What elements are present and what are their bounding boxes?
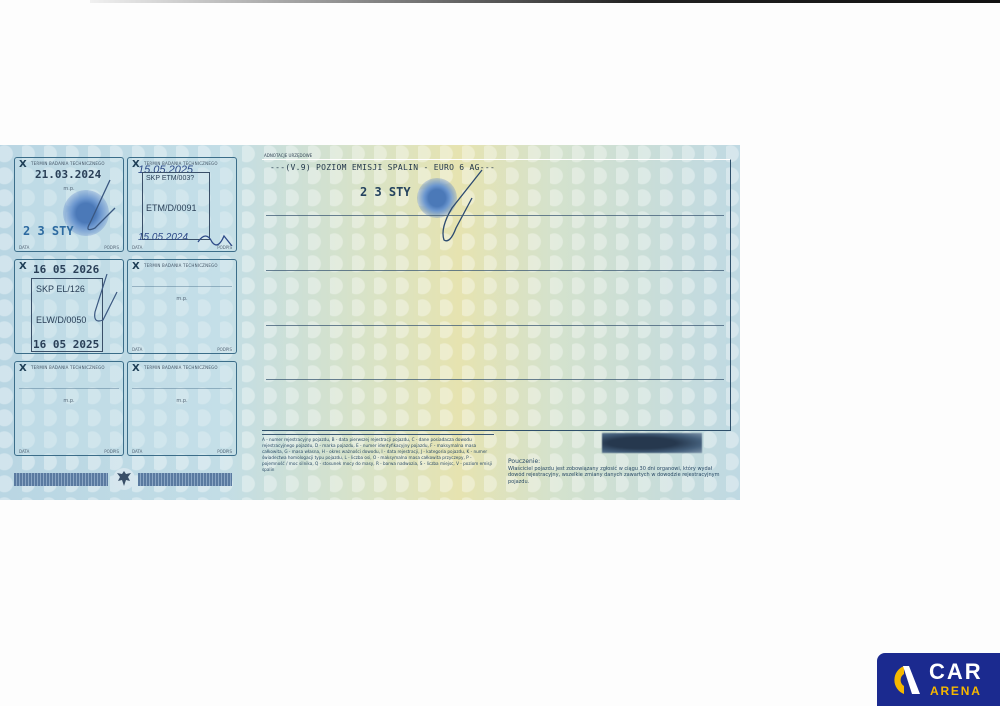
brand-name-line2: ARENA (930, 684, 982, 698)
inspection-box-5: X TERMIN BADANIA TECHNICZNEGO m.p. DATA … (14, 361, 124, 456)
date-label: DATA (132, 245, 142, 250)
box-header: TERMIN BADANIA TECHNICZNEGO (144, 365, 218, 370)
annotation-line (266, 379, 724, 380)
annotation-line (266, 270, 724, 271)
inspection-box-6: X TERMIN BADANIA TECHNICZNEGO m.p. DATA … (127, 361, 237, 456)
signature-label: PODPIS (217, 449, 232, 454)
official-annotations-panel: ADNOTACJE URZĘDOWE ---(V.9) POZIOM EMISJ… (262, 153, 734, 498)
inspection-box-4: X TERMIN BADANIA TECHNICZNEGO m.p. DATA … (127, 259, 237, 354)
polish-eagle-icon (112, 468, 136, 490)
signature-icon (87, 272, 123, 332)
signature-label: PODPIS (217, 347, 232, 352)
x-mark: X (132, 261, 140, 272)
inspection-box-1: X TERMIN BADANIA TECHNICZNEGO 21.03.2024… (14, 157, 124, 252)
handwritten-date-bottom: 15.05.2024 (138, 232, 188, 243)
signature-icon (70, 178, 120, 238)
date-label: DATA (132, 347, 142, 352)
notice: Pouczenie: Właściciel pojazdu jest zobow… (508, 459, 730, 485)
notice-text: Właściciel pojazdu jest zobowiązany zgło… (508, 466, 730, 486)
inspection-panel: X TERMIN BADANIA TECHNICZNEGO 21.03.2024… (0, 145, 245, 500)
stamp-id: ETM/D/0091 (146, 203, 197, 213)
registration-document: X TERMIN BADANIA TECHNICZNEGO 21.03.2024… (0, 145, 740, 500)
box-header: TERMIN BADANIA TECHNICZNEGO (31, 365, 105, 370)
signature-label: PODPIS (104, 449, 119, 454)
annotation-seal-date: 2 3 STY (360, 185, 411, 199)
stamp-id: ELW/D/0050 (36, 315, 86, 325)
date-line (132, 388, 232, 389)
annotations-frame: ---(V.9) POZIOM EMISJI SPALIN - EURO 6 A… (262, 159, 731, 431)
x-mark: X (19, 261, 27, 272)
seal-date: 2 3 STY (23, 224, 74, 238)
signature-icon (422, 168, 492, 248)
date-line (19, 388, 119, 389)
car-arena-logo-icon (887, 664, 921, 696)
date-label: DATA (132, 449, 142, 454)
car-arena-logo: CAR ARENA (877, 653, 1000, 706)
date-line (132, 286, 232, 287)
date-label: DATA (19, 245, 29, 250)
scan-edge (90, 0, 1000, 3)
box-header: TERMIN BADANIA TECHNICZNEGO (144, 263, 218, 268)
date-label: DATA (19, 449, 29, 454)
signature-label: PODPIS (217, 245, 232, 250)
microprint-band (14, 473, 108, 486)
mp-label: m.p. (128, 296, 236, 302)
brand-name-line1: CAR (929, 659, 983, 685)
microprint-band (138, 473, 232, 486)
annotations-header: ADNOTACJE URZĘDOWE (264, 153, 312, 158)
x-mark: X (19, 363, 27, 374)
signature-label: PODPIS (104, 245, 119, 250)
emblem-bar (14, 470, 236, 488)
inspection-box-3: X 16 05 2026 SKP EL/126 ELW/D/0050 16 05… (14, 259, 124, 354)
x-mark: X (19, 159, 27, 170)
field-legend: A - numer rejestracyjny pojazdu, B - dat… (262, 434, 494, 473)
redacted-serial (602, 433, 702, 453)
annotation-line (266, 215, 724, 216)
station-code: SKP ETM/003? (146, 175, 194, 182)
x-mark: X (132, 363, 140, 374)
box-header: TERMIN BADANIA TECHNICZNEGO (31, 161, 105, 166)
mp-label: m.p. (128, 398, 236, 404)
mp-label: m.p. (15, 398, 123, 404)
station-code: SKP EL/126 (36, 284, 85, 294)
inspection-box-2: X TERMIN BADANIA TECHNICZNEGO 15.05.2025… (127, 157, 237, 252)
inspection-date-bottom: 16 05 2025 (33, 338, 99, 351)
annotation-line (266, 325, 724, 326)
